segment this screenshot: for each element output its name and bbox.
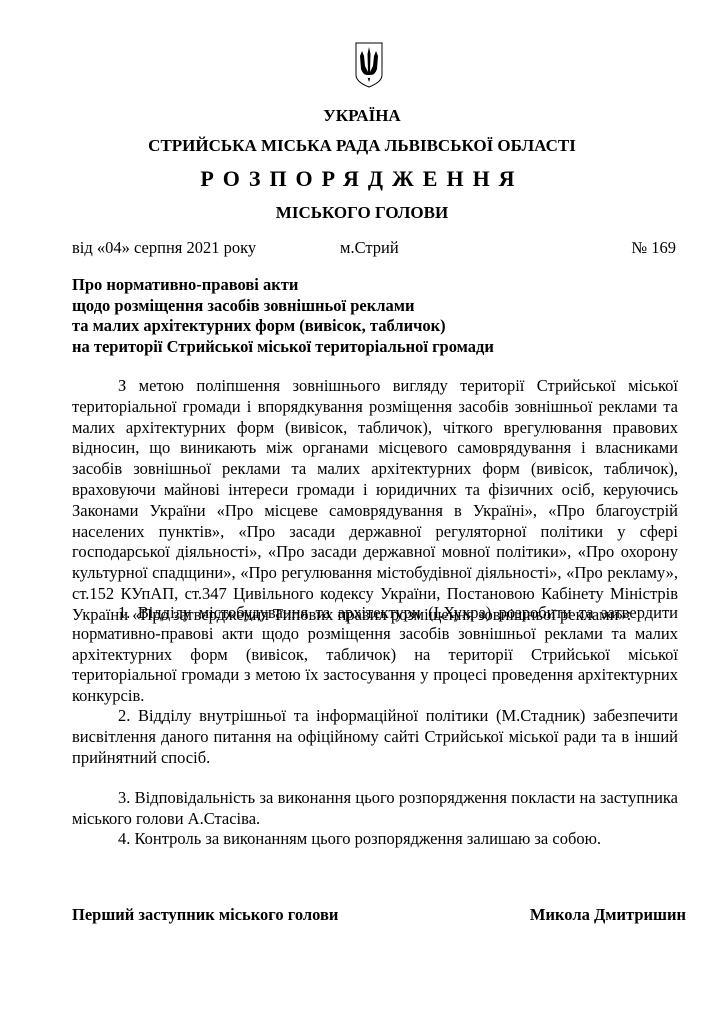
document-number: № 169 xyxy=(631,238,676,258)
subject-line: щодо розміщення засобів зовнішньої рекла… xyxy=(72,296,494,317)
signatory-name: Микола Дмитришин xyxy=(530,905,686,925)
document-city: м.Стрий xyxy=(340,238,399,258)
document-page: УКРАЇНА СТРИЙСЬКА МІСЬКА РАДА ЛЬВІВСЬКОЇ… xyxy=(0,0,724,1024)
signatory-title: Перший заступник міського голови xyxy=(72,905,338,925)
council-heading: СТРИЙСЬКА МІСЬКА РАДА ЛЬВІВСЬКОЇ ОБЛАСТІ xyxy=(0,136,724,156)
subject-line: Про нормативно-правові акти xyxy=(72,275,494,296)
order-item-2: 2. Відділу внутрішньої та інформаційної … xyxy=(72,706,678,768)
order-item-3: 3. Відповідальність за виконання цього р… xyxy=(72,788,678,830)
subject-line: на території Стрийської міської територі… xyxy=(72,337,494,358)
country-heading: УКРАЇНА xyxy=(0,106,724,126)
issuer-heading: МІСЬКОГО ГОЛОВИ xyxy=(0,203,724,223)
subject-line: та малих архітектурних форм (вивісок, та… xyxy=(72,316,494,337)
document-subject: Про нормативно-правові акти щодо розміще… xyxy=(72,275,494,357)
document-type-heading: РОЗПОРЯДЖЕННЯ xyxy=(0,166,724,192)
document-date: від «04» серпня 2021 року xyxy=(72,238,256,258)
order-item-4: 4. Контроль за виконанням цього розпоряд… xyxy=(72,829,678,850)
order-item-1: 1. Відділу містобудування та архітектури… xyxy=(72,603,678,707)
coat-of-arms-icon xyxy=(355,42,383,88)
intro-paragraph: З метою поліпшення зовнішнього вигляду т… xyxy=(72,376,678,626)
